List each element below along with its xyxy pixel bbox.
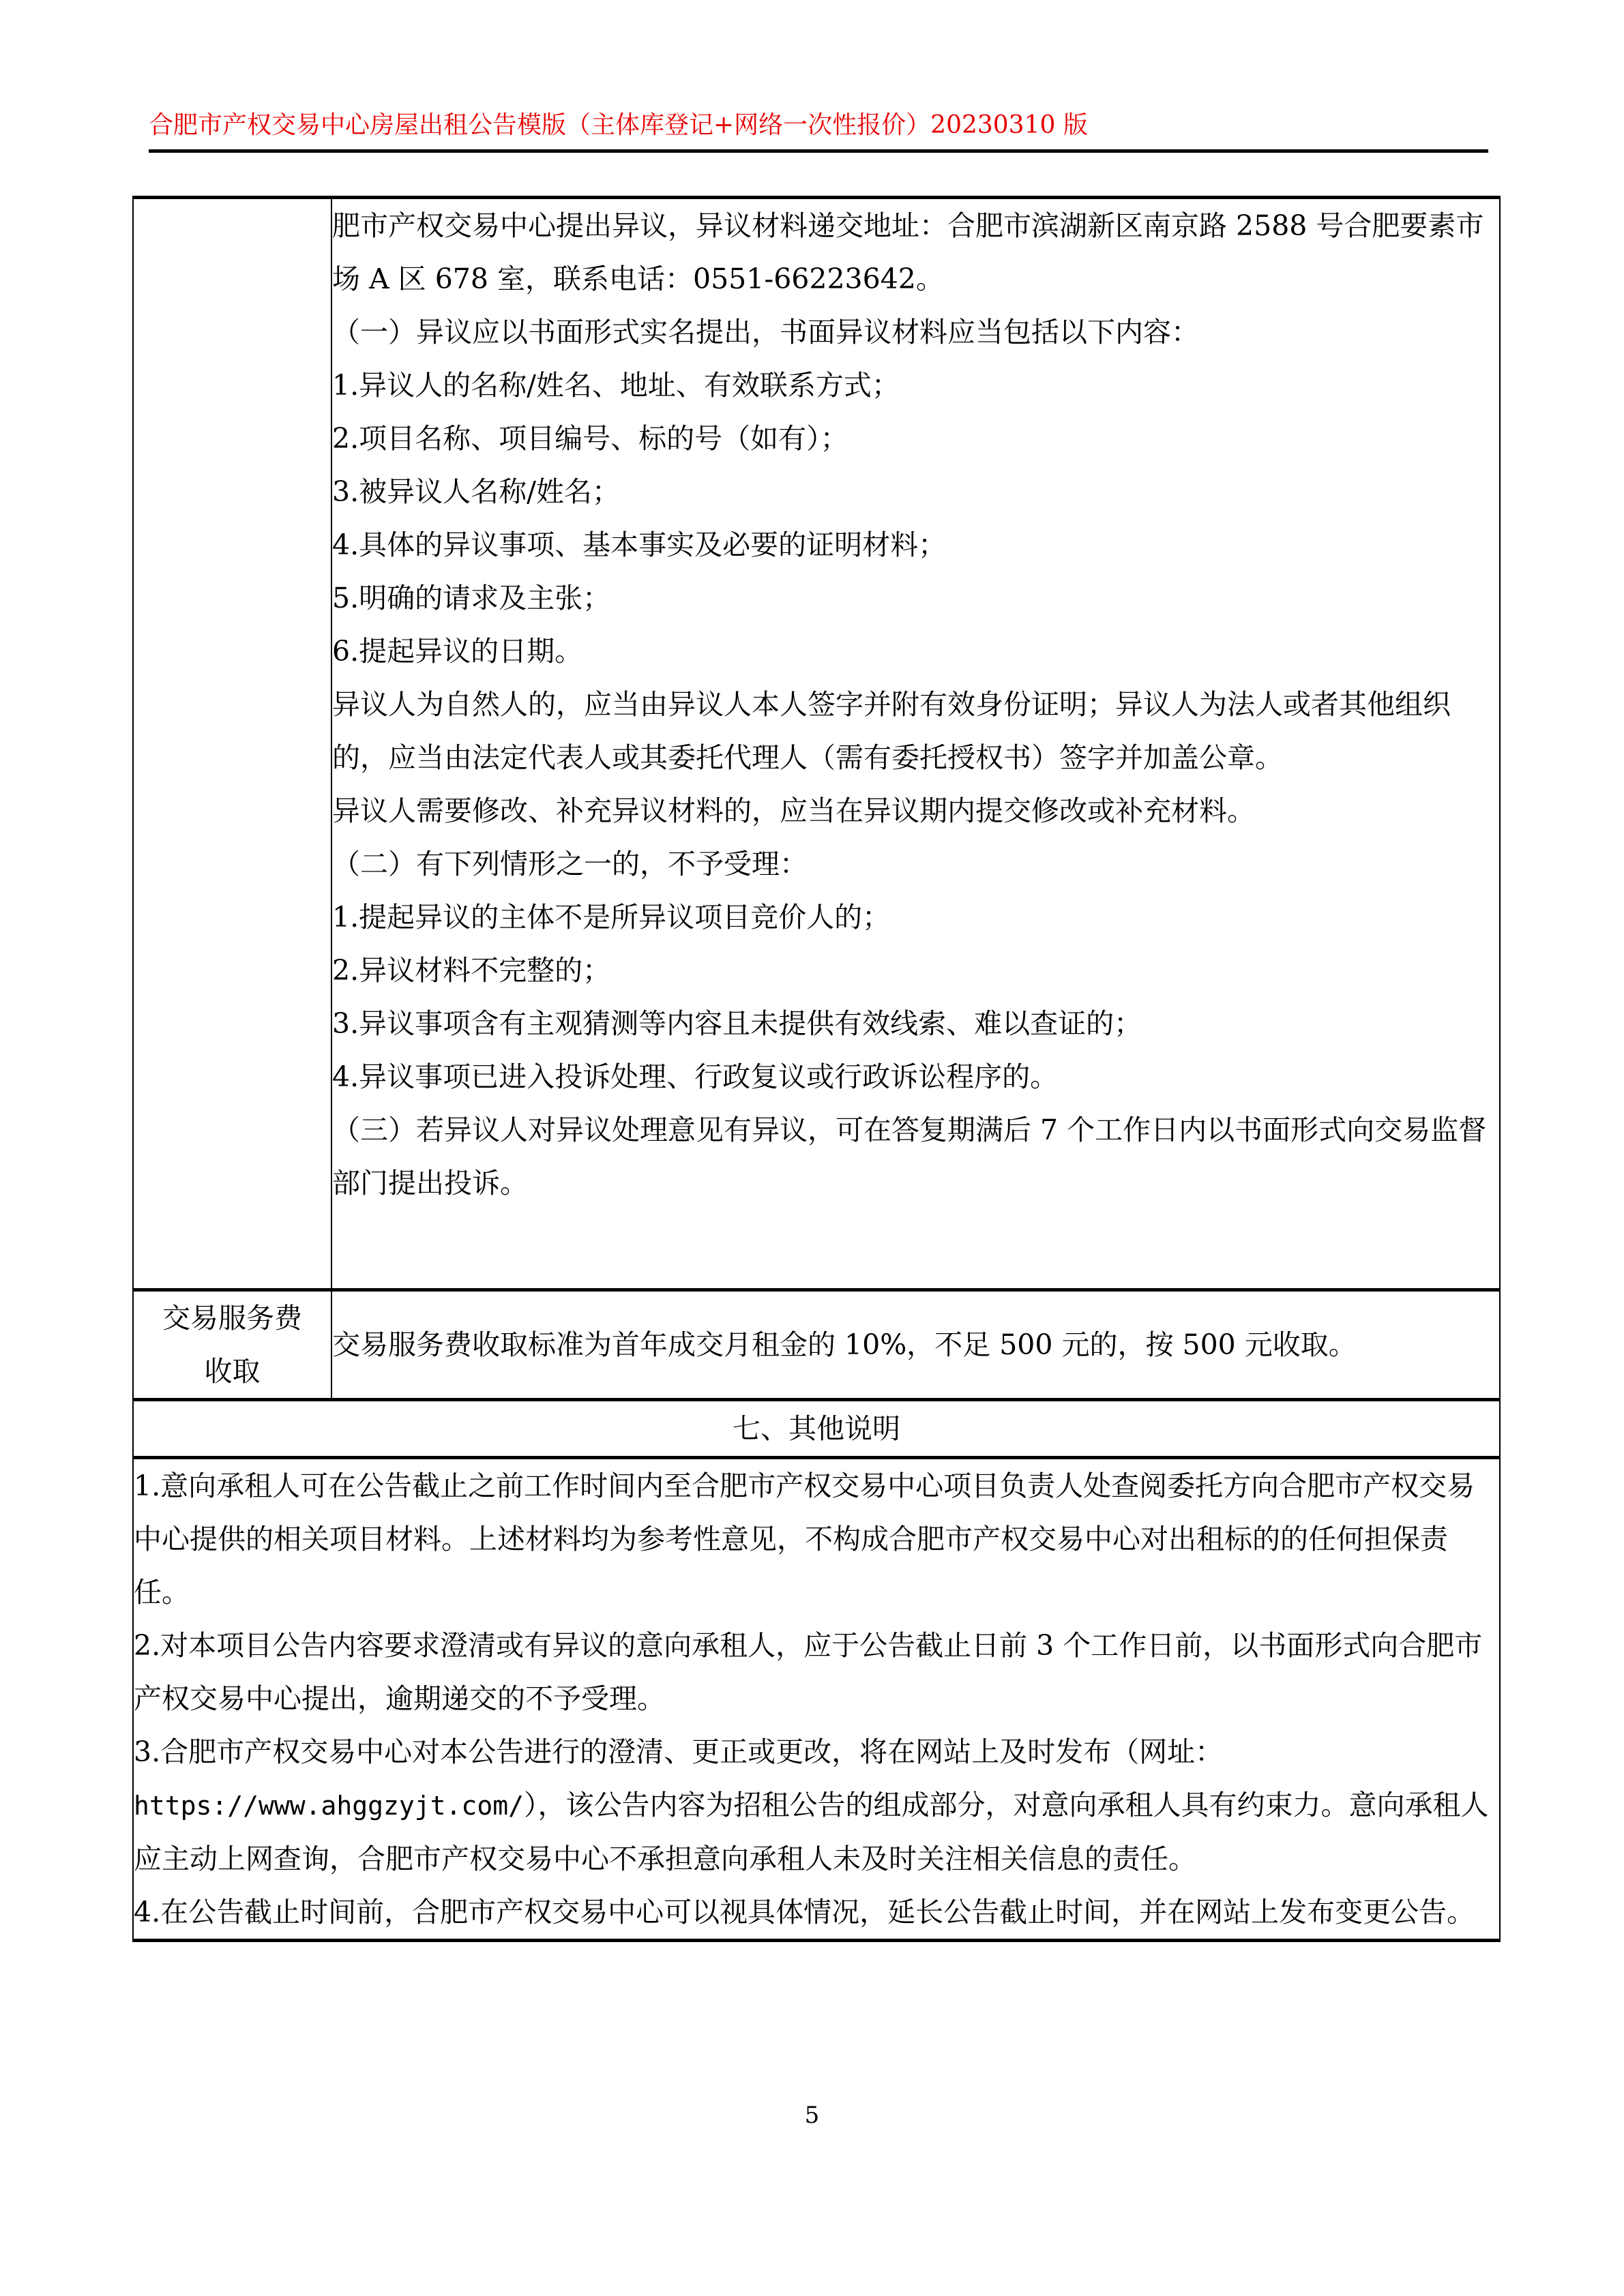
other-notes-content: 1.意向承租人可在公告截止之前工作时间内至合肥市产权交易中心项目负责人处查阅委托… <box>133 1458 1500 1941</box>
objection-line: （三）若异议人对异议处理意见有异议，可在答复期满后 7 个工作日内以书面形式向交… <box>332 1103 1499 1210</box>
objection-line: 异议人需要修改、补充异议材料的，应当在异议期内提交修改或补充材料。 <box>332 784 1499 837</box>
objection-line: 6.提起异议的日期。 <box>332 625 1499 678</box>
objection-line: （二）有下列情形之一的，不予受理： <box>332 837 1499 891</box>
note-item-3-lead: 3.合肥市产权交易中心对本公告进行的澄清、更正或更改，将在网站上及时发布（网址： <box>134 1735 1223 1768</box>
objection-line: 1.异议人的名称/姓名、地址、有效联系方式； <box>332 359 1499 412</box>
document-header-title: 合肥市产权交易中心房屋出租公告模版（主体库登记+网络一次性报价）20230310… <box>149 110 1486 140</box>
service-fee-label-line2: 收取 <box>134 1345 331 1398</box>
other-notes-title-row: 七、其他说明 <box>133 1400 1500 1458</box>
service-fee-row: 交易服务费 收取 交易服务费收取标准为首年成交月租金的 10%，不足 500 元… <box>133 1290 1500 1400</box>
objection-line: 2.项目名称、项目编号、标的号（如有）； <box>332 412 1499 465</box>
page-number: 5 <box>0 2102 1624 2129</box>
announcement-table: 肥市产权交易中心提出异议，异议材料递交地址：合肥市滨湖新区南京路 2588 号合… <box>132 196 1501 1942</box>
note-item-1: 1.意向承租人可在公告截止之前工作时间内至合肥市产权交易中心项目负责人处查阅委托… <box>134 1459 1499 1619</box>
header-rule <box>149 149 1488 153</box>
objection-line: 4.具体的异议事项、基本事实及必要的证明材料； <box>332 518 1499 571</box>
service-fee-text: 交易服务费收取标准为首年成交月租金的 10%，不足 500 元的，按 500 元… <box>331 1290 1500 1400</box>
objection-line: 异议人为自然人的，应当由异议人本人签字并附有效身份证明；异议人为法人或者其他组织… <box>332 678 1499 784</box>
objection-line: 1.提起异议的主体不是所异议项目竞价人的； <box>332 891 1499 944</box>
section-title-other-notes: 七、其他说明 <box>133 1400 1500 1458</box>
objection-content-cell: 肥市产权交易中心提出异议，异议材料递交地址：合肥市滨湖新区南京路 2588 号合… <box>331 198 1500 1290</box>
objection-line: （一）异议应以书面形式实名提出，书面异议材料应当包括以下内容： <box>332 305 1499 359</box>
objection-line: 3.被异议人名称/姓名； <box>332 465 1499 518</box>
note-item-2: 2.对本项目公告内容要求澄清或有异议的意向承租人，应于公告截止日前 3 个工作日… <box>134 1619 1499 1725</box>
other-notes-row: 1.意向承租人可在公告截止之前工作时间内至合肥市产权交易中心项目负责人处查阅委托… <box>133 1458 1500 1941</box>
note-item-4: 4.在公告截止时间前，合肥市产权交易中心可以视具体情况，延长公告截止时间，并在网… <box>134 1885 1499 1939</box>
objection-line: 肥市产权交易中心提出异议，异议材料递交地址：合肥市滨湖新区南京路 2588 号合… <box>332 199 1499 305</box>
objection-line: 4.异议事项已进入投诉处理、行政复议或行政诉讼程序的。 <box>332 1050 1499 1103</box>
objection-line: 2.异议材料不完整的； <box>332 944 1499 997</box>
objection-line: 3.异议事项含有主观猜测等内容且未提供有效线索、难以查证的； <box>332 997 1499 1050</box>
objection-label-cell <box>133 198 331 1290</box>
objection-row: 肥市产权交易中心提出异议，异议材料递交地址：合肥市滨湖新区南京路 2588 号合… <box>133 198 1500 1290</box>
service-fee-label-line1: 交易服务费 <box>134 1292 331 1345</box>
note-item-3: 3.合肥市产权交易中心对本公告进行的澄清、更正或更改，将在网站上及时发布（网址：… <box>134 1725 1499 1885</box>
objection-line: 5.明确的请求及主张； <box>332 571 1499 625</box>
service-fee-label: 交易服务费 收取 <box>133 1290 331 1400</box>
website-link[interactable]: https://www.ahggzyjt.com/ <box>134 1791 524 1821</box>
